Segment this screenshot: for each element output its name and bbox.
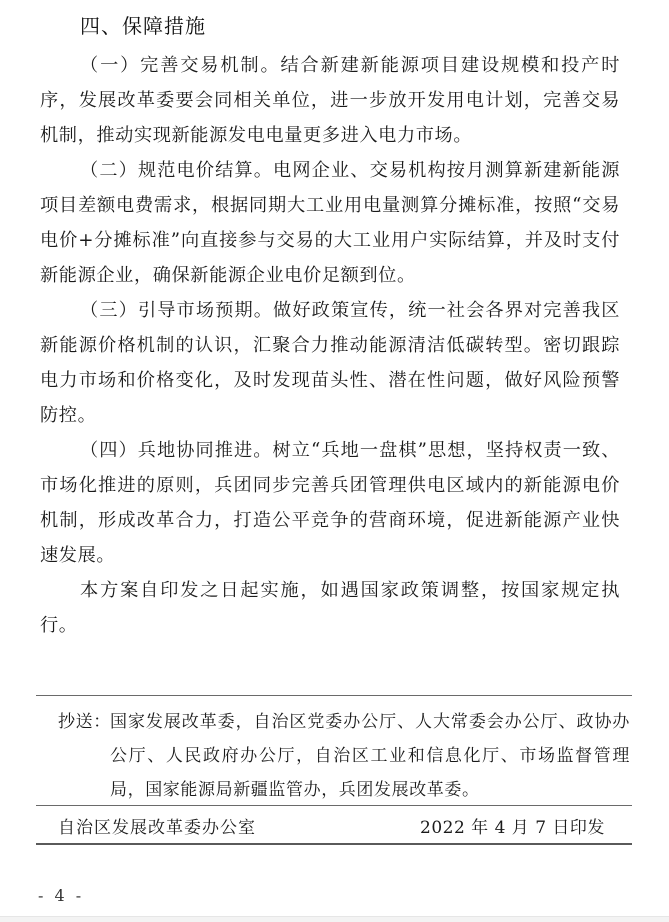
cc-block: 抄送： 国家发展改革委，自治区党委办公厅、人大常委会办公厅、政协办公厅、人民政府…: [58, 705, 630, 807]
cc-recipients: 国家发展改革委，自治区党委办公厅、人大常委会办公厅、政协办公厅、人民政府办公厅，…: [110, 705, 630, 807]
issue-date: 2022 年 4 月 7 日印发: [420, 813, 605, 838]
cc-bottom-divider: [36, 805, 632, 806]
cc-top-divider: [36, 695, 632, 696]
cc-label: 抄送：: [58, 705, 111, 739]
issue-bottom-divider: [36, 843, 632, 845]
paragraph-price-settlement: （二）规范电价结算。电网企业、交易机构按月测算新建新能源项目差额电费需求，根据同…: [40, 153, 620, 293]
body-text: （一）完善交易机制。结合新建新能源项目建设规模和投产时序，发展改革委要会同相关单…: [40, 48, 620, 643]
section-heading: 四、保障措施: [80, 10, 206, 39]
paragraph-corps-coordination: （四）兵地协同推进。树立“兵地一盘棋”思想，坚持权责一致、市场化推进的原则，兵团…: [40, 433, 620, 573]
paragraph-trading-mechanism: （一）完善交易机制。结合新建新能源项目建设规模和投产时序，发展改革委要会同相关单…: [40, 48, 620, 153]
paragraph-market-expectations: （三）引导市场预期。做好政策宣传，统一社会各界对完善我区新能源价格机制的认识，汇…: [40, 293, 620, 433]
paragraph-effective-date: 本方案自印发之日起实施，如遇国家政策调整，按国家规定执行。: [40, 573, 620, 643]
page-number: - 4 -: [38, 886, 84, 905]
issuer: 自治区发展改革委办公室: [58, 813, 256, 838]
document-page: 四、保障措施 （一）完善交易机制。结合新建新能源项目建设规模和投产时序，发展改革…: [0, 0, 669, 917]
